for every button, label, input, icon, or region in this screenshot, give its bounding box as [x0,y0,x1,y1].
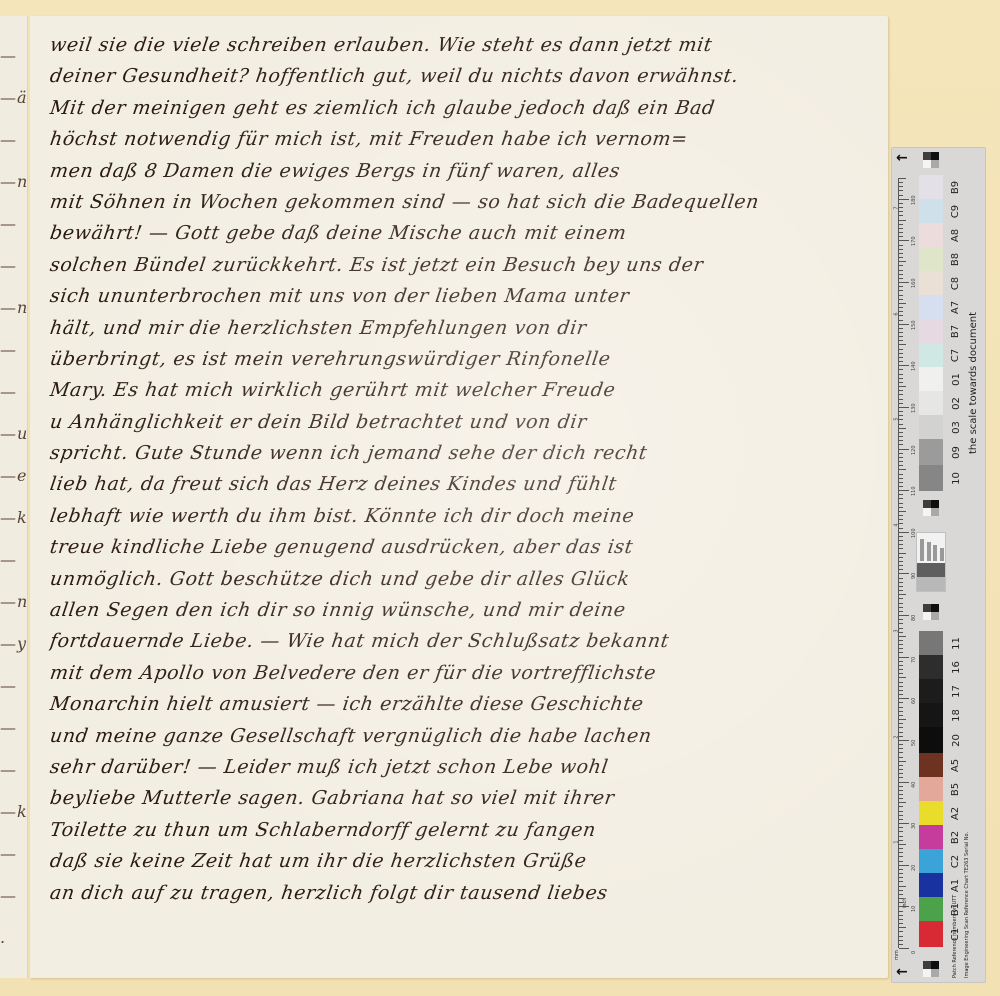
left-page-text-fragment: —ne, [0,298,28,308]
patch-label: C2 [950,854,961,867]
color-patch-a2 [919,801,943,825]
left-page-text-fragment: . [0,928,6,938]
handwritten-line: Mary. Es hat mich wirklich gerührt mit w… [48,375,832,406]
left-page-text-fragment: — [0,340,17,350]
patch-label: B7 [950,324,961,337]
left-page-fragment: ——ä.——n———ne,———u—e—k——n—y————ka——. [0,16,28,978]
ruler-tick-label: 150 [911,320,917,330]
ruler-tick-label: 50 [911,740,917,746]
left-page-text-fragment: —ka [0,802,28,812]
color-patch-11 [919,631,943,655]
gray-resolution-target [916,532,946,592]
patch-label: B5 [950,782,961,795]
patch-label: C7 [950,348,961,361]
gray-target-bar [927,542,931,561]
color-patch-02 [919,391,943,415]
handwritten-line: Toilette zu thun um Schlaberndorff geler… [48,815,832,846]
color-patch-10 [919,465,943,491]
color-patch-b5 [919,777,943,801]
color-patch-03 [919,415,943,439]
handwritten-line: sehr darüber! — Leider muß ich jetzt sch… [48,752,832,783]
handwritten-line: überbringt, es ist mein verehrungswürdig… [48,344,832,375]
handwritten-line: Mit der meinigen geht es ziemlich ich gl… [48,93,832,124]
handwritten-text-block: weil sie die viele schreiben erlauben. W… [50,30,830,909]
left-page-text-fragment: — [0,46,17,56]
color-patch-b2 [919,825,943,849]
color-patch-a5 [919,753,943,777]
handwritten-line: daß sie keine Zeit hat um ihr die herzli… [48,846,832,877]
left-page-text-fragment: —n [0,172,28,182]
left-page-text-fragment: — [0,214,17,224]
patch-label: C8 [950,276,961,289]
patch-label: 18 [950,709,961,722]
ruler-tick-label: 60 [911,698,917,704]
ruler-tick-label: 160 [911,279,917,289]
color-patch-17 [919,679,943,703]
handwritten-line: hält, und mir die herzlichsten Empfehlun… [48,313,832,344]
left-page-text-fragment: — [0,886,17,896]
color-patch-16 [919,655,943,679]
handwritten-line: sich ununterbrochen mit uns von der lieb… [48,281,832,312]
patch-label: A5 [950,758,961,771]
letter-page: weil sie die viele schreiben erlauben. W… [30,16,888,978]
left-page-text-fragment: — [0,676,17,686]
patch-label: 20 [950,734,961,747]
handwritten-line: an dich auf zu tragen, herzlich folgt di… [48,878,832,909]
patch-label: B9 [950,180,961,193]
handwritten-line: bewährt! — Gott gebe daß deine Mische au… [48,218,832,249]
left-page-text-fragment: —e [0,466,27,476]
color-patch-c8 [919,271,943,295]
checker-target-icon [923,604,939,620]
handwritten-line: Monarchin hielt amusiert — ich erzählte … [48,689,832,720]
color-patch-c1 [919,921,943,947]
checker-target-icon [923,961,939,977]
color-patch-b9 [919,175,943,199]
patch-label: 17 [950,685,961,698]
patch-label: 02 [950,397,961,410]
handwritten-line: deiner Gesundheit? hoffentlich gut, weil… [48,61,832,92]
handwritten-line: u Anhänglichkeit er dein Bild betrachtet… [48,407,832,438]
arrow-left-icon: ← [896,966,912,978]
patch-label: 01 [950,373,961,386]
handwritten-line: men daß 8 Damen die ewiges Bergs in fünf… [48,156,832,187]
ruler-inch-label: 3 [894,629,900,632]
ruler-tick-label: 130 [911,403,917,413]
patch-reference-text: Patch Reference numbers on UTT [952,895,958,978]
handwritten-line: weil sie die viele schreiben erlauben. W… [48,30,832,61]
patch-label: 10 [950,472,961,485]
patch-label: A2 [950,806,961,819]
ruler-tick-label: 10 [911,906,917,912]
left-page-text-fragment: — [0,130,17,140]
patch-label: C9 [950,204,961,217]
ruler-tick-label: 20 [911,864,917,870]
left-page-text-fragment: —k [0,508,28,518]
ruler-tick-label: 40 [911,781,917,787]
handwritten-line: unmöglich. Gott beschütze dich und gebe … [48,564,832,595]
handwritten-line: mit dem Apollo von Belvedere den er für … [48,658,832,689]
handwritten-line: allen Segen den ich dir so innig wünsche… [48,595,832,626]
ruler-inch-label: 5 [894,418,900,421]
ruler-inch-label: 4 [894,524,900,527]
gray-target-bar [933,545,937,561]
left-page-text-fragment: — [0,760,17,770]
patch-label: 16 [950,661,961,674]
handwritten-line: und meine ganze Gesellschaft vergnüglich… [48,721,832,752]
ruler-tick-label: 180 [911,195,917,205]
inch-label: inch [902,898,908,908]
handwritten-line: fortdauernde Liebe. — Wie hat mich der S… [48,626,832,657]
patch-label: A8 [950,228,961,241]
left-page-text-fragment: —ä. [0,88,28,98]
ruler-tick-label: 0 [911,951,917,954]
color-patch-b7 [919,319,943,343]
left-page-text-fragment: — [0,382,17,392]
color-patch-b1 [919,897,943,921]
color-patch-c2 [919,849,943,873]
scan-reference-chart: ← 18017016015014013012011010090807060504… [891,147,986,983]
patch-label: B2 [950,830,961,843]
color-patch-a8 [919,223,943,247]
ruler-tick-label: 140 [911,362,917,372]
color-patch-b8 [919,247,943,271]
ruler-tick-label: 120 [911,445,917,455]
patch-label: 03 [950,421,961,434]
patch-label: A1 [950,878,961,891]
ruler-inch-label: 2 [894,735,900,738]
ruler: 1801701601501401301201101009080706050403… [898,178,918,948]
handwritten-line: beyliebe Mutterle sagen. Gabriana hat so… [48,783,832,814]
left-page-text-fragment: — [0,718,17,728]
color-patch-a7 [919,295,943,319]
handwritten-line: spricht. Gute Stunde wenn ich jemand seh… [48,438,832,469]
color-patch-20 [919,727,943,753]
patch-label: 09 [950,446,961,459]
color-patch-01 [919,367,943,391]
color-patch-18 [919,703,943,727]
ruler-tick-label: 110 [911,487,917,497]
patch-label: 11 [950,637,961,650]
left-page-text-fragment: — [0,844,17,854]
gray-target-bar [940,548,944,561]
handwritten-line: lieb hat, da freut sich das Herz deines … [48,469,832,500]
color-patch-c9 [919,199,943,223]
scale-instruction-text: the scale towards document [968,312,979,454]
patch-label: B8 [950,252,961,265]
arrow-left-icon: ← [896,152,912,164]
left-page-text-fragment: — [0,256,17,266]
left-page-text-fragment: —n [0,592,28,602]
color-patch-c7 [919,343,943,367]
checker-target-icon [923,500,939,516]
handwritten-line: höchst notwendig für mich ist, mit Freud… [48,124,832,155]
ruler-inch-label: 7 [894,206,900,209]
ruler-tick-label: 80 [911,615,917,621]
handwritten-line: mit Söhnen in Wochen gekommen sind — so … [48,187,832,218]
gray-target-bar [920,539,924,561]
ruler-inch-label: 1 [894,841,900,844]
ruler-inch-label: 6 [894,312,900,315]
color-patch-a1 [919,873,943,897]
left-page-text-fragment: — [0,550,17,560]
patch-label: A7 [950,300,961,313]
mm-label: mm [894,950,900,960]
left-page-text-fragment: —y [0,634,27,644]
ruler-tick-label: 30 [911,823,917,829]
checker-target-icon [923,152,939,168]
ruler-tick-label: 70 [911,656,917,662]
ruler-tick-label: 170 [911,237,917,247]
color-patch-09 [919,439,943,465]
chart-manufacturer-text: Image Engineering Scan Reference Chart T… [964,832,970,978]
handwritten-line: lebhaft wie werth du ihm bist. Könnte ic… [48,501,832,532]
handwritten-line: treue kindliche Liebe genugend ausdrücke… [48,532,832,563]
handwritten-line: solchen Bündel zurückkehrt. Es ist jetzt… [48,250,832,281]
left-page-text-fragment: —u [0,424,28,434]
